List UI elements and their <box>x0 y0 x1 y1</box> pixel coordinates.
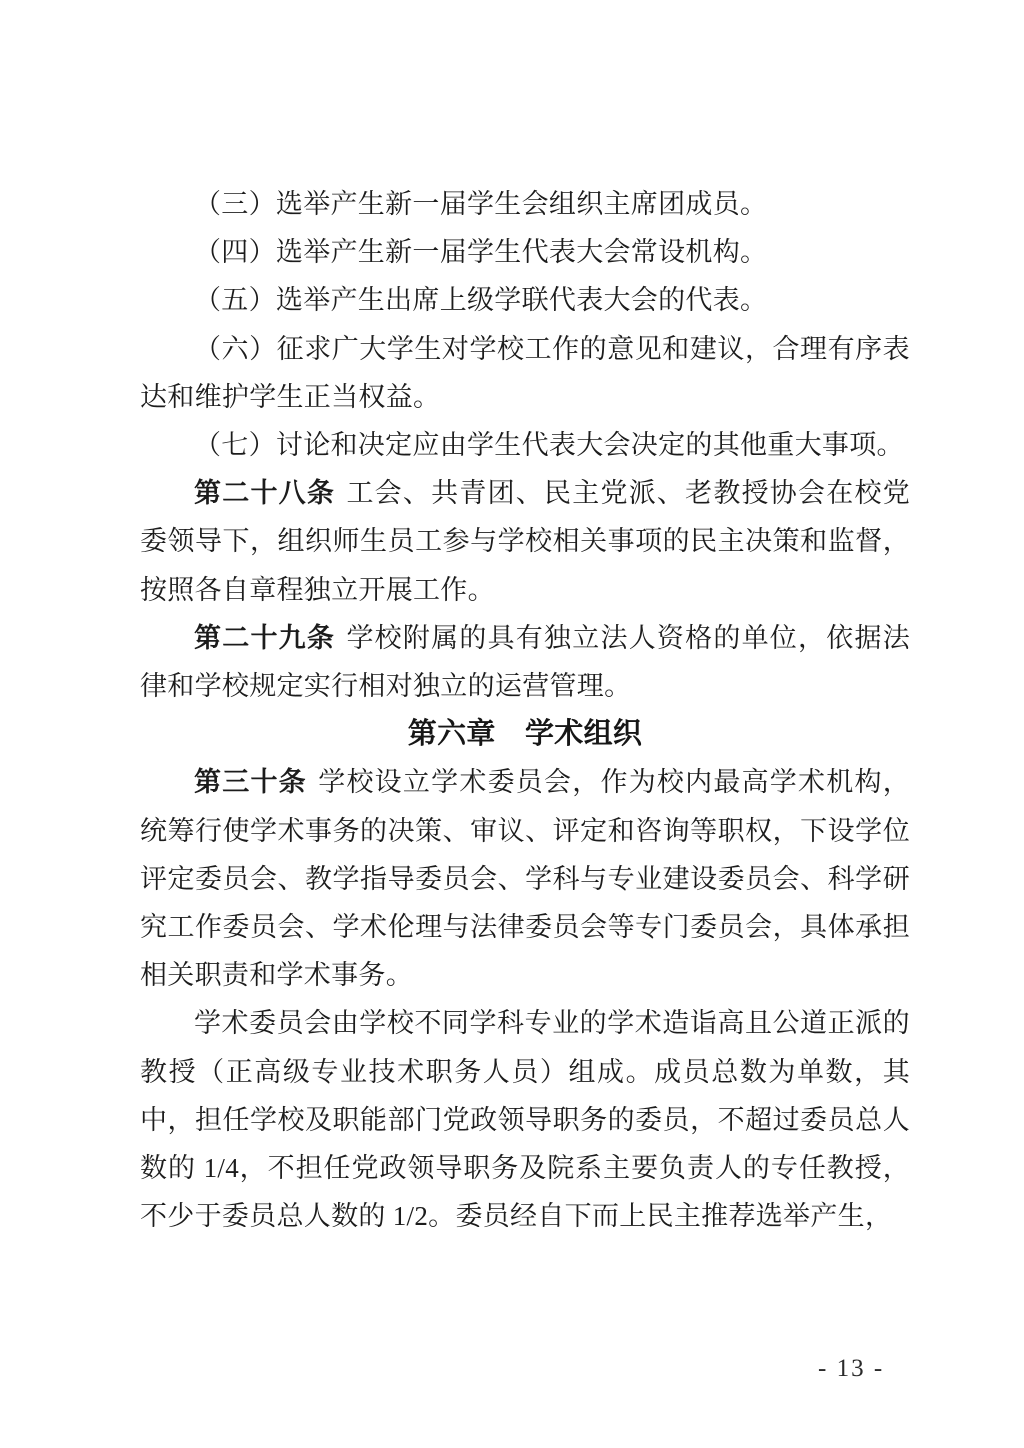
clause-text: （四）选举产生新一届学生代表大会常设机构。 <box>194 237 767 267</box>
clause-text: （五）选举产生出席上级学联代表大会的代表。 <box>194 285 767 315</box>
document-page: （三）选举产生新一届学生会组织主席团成员。 （四）选举产生新一届学生代表大会常设… <box>0 0 1024 1448</box>
clause-text: （三）选举产生新一届学生会组织主席团成员。 <box>194 189 767 219</box>
page-number: - 13 - <box>818 1355 884 1383</box>
clause-item-5: （五）选举产生出席上级学联代表大会的代表。 <box>140 276 910 324</box>
clause-item-3: （三）选举产生新一届学生会组织主席团成员。 <box>140 180 910 228</box>
clause-item-6: （六）征求广大学生对学校工作的意见和建议，合理有序表达和维护学生正当权益。 <box>140 325 910 421</box>
article-30-number: 第三十条 <box>194 767 307 797</box>
article-30: 第三十条学校设立学术委员会，作为校内最高学术机构，统筹行使学术事务的决策、审议、… <box>140 758 910 999</box>
clause-item-4: （四）选举产生新一届学生代表大会常设机构。 <box>140 228 910 276</box>
clause-item-7: （七）讨论和决定应由学生代表大会决定的其他重大事项。 <box>140 421 910 469</box>
chapter-6-heading: 第六章 学术组织 <box>140 710 910 758</box>
clause-text: （七）讨论和决定应由学生代表大会决定的其他重大事项。 <box>194 430 904 460</box>
clause-text: （六）征求广大学生对学校工作的意见和建议，合理有序表达和维护学生正当权益。 <box>140 334 910 412</box>
document-body: （三）选举产生新一届学生会组织主席团成员。 （四）选举产生新一届学生代表大会常设… <box>140 180 910 1240</box>
article-29: 第二十九条学校附属的具有独立法人资格的单位，依据法律和学校规定实行相对独立的运营… <box>140 614 910 710</box>
article-28: 第二十八条工会、共青团、民主党派、老教授协会在校党委领导下，组织师生员工参与学校… <box>140 469 910 614</box>
article-29-number: 第二十九条 <box>194 623 335 653</box>
article-28-number: 第二十八条 <box>194 478 335 508</box>
academic-committee-paragraph: 学术委员会由学校不同学科专业的学术造诣高且公道正派的教授（正高级专业技术职务人员… <box>140 999 910 1240</box>
article-30-text: 学校设立学术委员会，作为校内最高学术机构，统筹行使学术事务的决策、审议、评定和咨… <box>140 767 910 990</box>
paragraph-text: 学术委员会由学校不同学科专业的学术造诣高且公道正派的教授（正高级专业技术职务人员… <box>140 1008 910 1231</box>
